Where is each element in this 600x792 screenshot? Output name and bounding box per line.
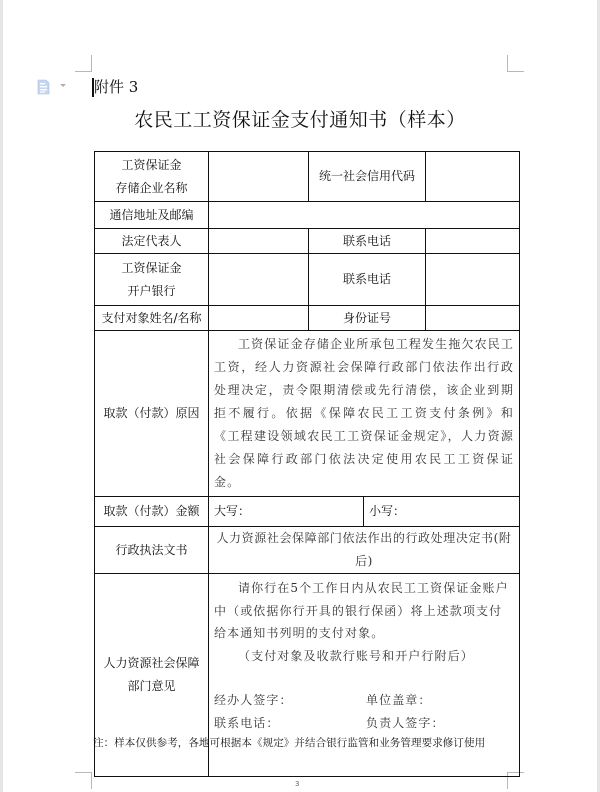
- margin-corner-bottom-left: [75, 772, 92, 789]
- credit-code-field[interactable]: [426, 152, 520, 202]
- paragraph-options-icon[interactable]: [36, 79, 52, 95]
- address-label: 通信地址及邮编: [95, 202, 209, 229]
- handler-signature-label: 经办人签字：: [214, 689, 366, 712]
- table-row: 取款（付款）金额 大写： 小写：: [95, 497, 520, 527]
- table-row: 法定代表人 联系电话: [95, 229, 520, 254]
- withdrawal-reason-text: 工资保证金存储企业所承包工程发生拖欠农民工工资，经人力资源社会保障行政部门依法作…: [209, 331, 520, 497]
- margin-corner-top-left: [75, 55, 92, 72]
- opinion-paragraph: 请你行在5个工作日内从农民工工资保证金账户中（或依据你行开具的银行保函）将上述款…: [214, 577, 514, 645]
- id-number-field[interactable]: [426, 306, 520, 331]
- bank-label: 工资保证金 开户银行: [95, 254, 209, 306]
- amount-uppercase-field[interactable]: 大写：: [209, 497, 364, 527]
- withdrawal-reason-label: 取款（付款）原因: [95, 331, 209, 497]
- amount-uppercase-label: 大写：: [214, 504, 250, 518]
- attachment-label: 附件 3: [94, 78, 138, 97]
- footnote: 注：样本仅供参考，各地可根据本《规定》并结合银行监管和业务管理要求修订使用: [93, 736, 485, 750]
- address-field[interactable]: [209, 202, 520, 229]
- table-row: 工资保证金 开户银行 联系电话: [95, 254, 520, 306]
- unit-seal-label: 单位盖章：: [366, 689, 432, 712]
- enforcement-doc-value: 人力资源社会保障部门依法作出的行政处理决定书(附后): [209, 527, 520, 574]
- table-row: 通信地址及邮编: [95, 202, 520, 229]
- table-row: 取款（付款）原因 工资保证金存储企业所承包工程发生拖欠农民工工资，经人力资源社会…: [95, 331, 520, 497]
- company-name-field[interactable]: [209, 152, 309, 202]
- enforcement-doc-label: 行政执法文书: [95, 527, 209, 574]
- contact-phone-label: 联系电话：: [214, 712, 366, 735]
- bank-phone-label: 联系电话: [309, 254, 426, 306]
- id-number-label: 身份证号: [309, 306, 426, 331]
- opinion-attachment-note: （支付对象及收款行账号和开户行附后）: [214, 645, 514, 668]
- legal-rep-label: 法定代表人: [95, 229, 209, 254]
- table-row: 支付对象姓名/名称 身份证号: [95, 306, 520, 331]
- withdrawal-amount-label: 取款（付款）金额: [95, 497, 209, 527]
- legal-rep-phone-field[interactable]: [426, 229, 520, 254]
- legal-rep-phone-label: 联系电话: [309, 229, 426, 254]
- bank-field[interactable]: [209, 254, 309, 306]
- notice-form-table: 工资保证金 存储企业名称 统一社会信用代码 通信地址及邮编 法定代表人 联系电话…: [94, 151, 520, 777]
- legal-rep-field[interactable]: [209, 229, 309, 254]
- credit-code-label: 统一社会信用代码: [309, 152, 426, 202]
- amount-lowercase-field[interactable]: 小写：: [364, 497, 520, 527]
- payee-name-label: 支付对象姓名/名称: [95, 306, 209, 331]
- table-row: 行政执法文书 人力资源社会保障部门依法作出的行政处理决定书(附后): [95, 527, 520, 574]
- company-name-label: 工资保证金 存储企业名称: [95, 152, 209, 202]
- payee-name-field[interactable]: [209, 306, 309, 331]
- margin-corner-top-right: [507, 55, 524, 72]
- responsible-signature-label: 负责人签字：: [366, 712, 445, 735]
- bank-phone-field[interactable]: [426, 254, 520, 306]
- table-row: 工资保证金 存储企业名称 统一社会信用代码: [95, 152, 520, 202]
- amount-lowercase-label: 小写：: [369, 504, 405, 518]
- chevron-down-icon[interactable]: [60, 84, 66, 87]
- document-title: 农民工工资保证金支付通知书（样本）: [0, 108, 600, 132]
- page-number: 3: [295, 780, 299, 788]
